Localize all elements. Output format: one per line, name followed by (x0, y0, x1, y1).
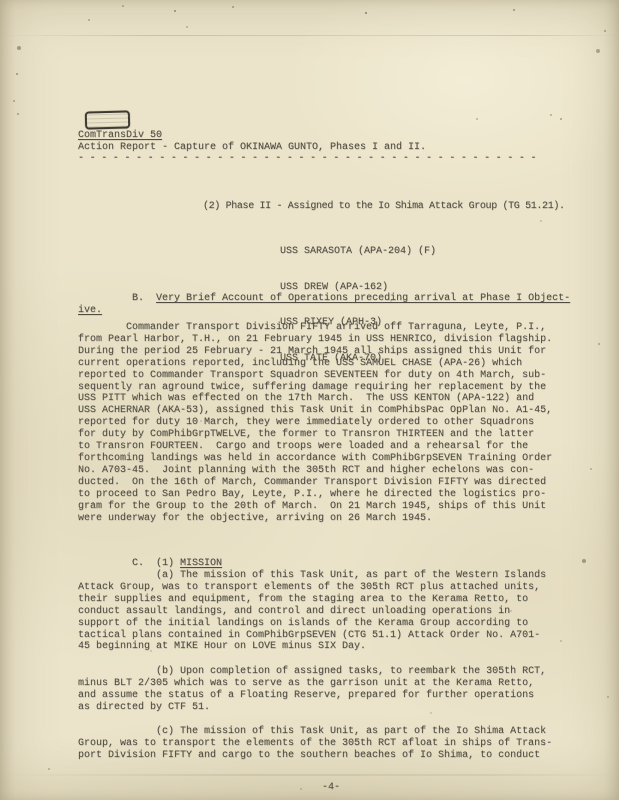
paragraph-a: (a) The mission of this Task Unit, as pa… (78, 570, 546, 653)
paper-specks (0, 0, 2, 2)
section-c-heading-text: MISSION (180, 558, 222, 569)
separator-dashes: - - - - - - - - - - - - - - - - - - - - … (78, 153, 536, 165)
paper-crease-bottom (0, 774, 619, 776)
paragraph-c: (c) The mission of this Task Unit, as pa… (78, 726, 552, 762)
scanned-document-page: ComTransDiv 50 Action Report - Capture o… (0, 0, 619, 800)
stamp-box (85, 110, 130, 129)
paper-crease-top (0, 35, 619, 36)
ship-line: USS SARASOTA (APA-204) (F) (280, 246, 436, 258)
section-c-label: C. (1) (102, 558, 180, 569)
page-number: -4- (322, 782, 340, 794)
org-heading: ComTransDiv 50 (78, 130, 162, 142)
section-b-paragraph: Commander Transport Division FIFTY arriv… (78, 322, 552, 524)
phase2-line: (2) Phase II - Assigned to the Io Shima … (203, 201, 565, 213)
section-b-label: B. (102, 293, 156, 304)
paragraph-b: (b) Upon completion of assigned tasks, t… (78, 666, 546, 714)
